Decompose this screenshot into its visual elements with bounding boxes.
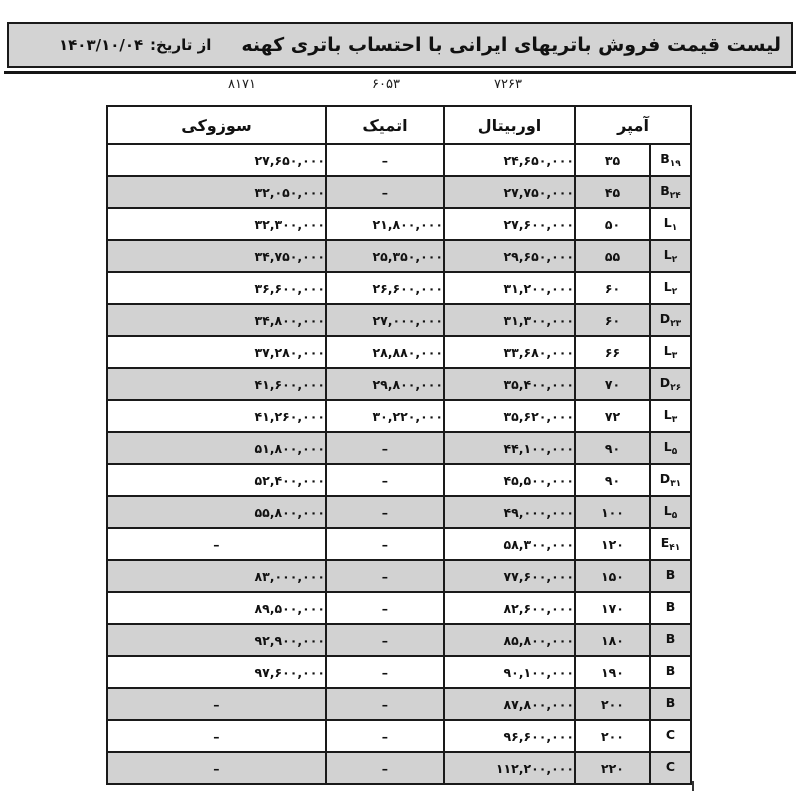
- battery-code-cell: L۵: [650, 496, 691, 528]
- amp-value-cell: ۶۰: [575, 304, 650, 336]
- suzuki-price-cell: –: [107, 528, 326, 560]
- battery-code-letter: L: [664, 503, 672, 518]
- table-row: ۹۲,۹۰۰,۰۰۰ – ۸۵,۸۰۰,۰۰۰ ۱۸۰ B: [107, 624, 691, 656]
- suzuki-price-cell: ۳۲,۰۵۰,۰۰۰: [107, 176, 326, 208]
- orbital-price-cell: ۲۷,۶۰۰,۰۰۰: [444, 208, 575, 240]
- battery-code-letter: B: [660, 183, 670, 198]
- battery-code-letter: C: [666, 727, 675, 742]
- table-row: ۳۷,۲۸۰,۰۰۰ ۲۸,۸۸۰,۰۰۰ ۳۳,۶۸۰,۰۰۰ ۶۶ L۳: [107, 336, 691, 368]
- atomic-price-cell: –: [326, 464, 444, 496]
- table-row: ۳۴,۷۵۰,۰۰۰ ۲۵,۳۵۰,۰۰۰ ۲۹,۶۵۰,۰۰۰ ۵۵ L۲: [107, 240, 691, 272]
- amp-value-cell: ۹۰: [575, 432, 650, 464]
- amp-value-cell: ۵۰: [575, 208, 650, 240]
- table-row: ۲۷,۶۵۰,۰۰۰ – ۲۴,۶۵۰,۰۰۰ ۳۵ B۱۹: [107, 144, 691, 176]
- suzuki-price-cell: ۲۷,۶۵۰,۰۰۰: [107, 144, 326, 176]
- amp-value-cell: ۵۵: [575, 240, 650, 272]
- atomic-price-cell: ۲۷,۰۰۰,۰۰۰: [326, 304, 444, 336]
- amp-value-cell: ۱۰۰: [575, 496, 650, 528]
- atomic-price-cell: ۲۶,۶۰۰,۰۰۰: [326, 272, 444, 304]
- orbital-price-cell: ۸۲,۶۰۰,۰۰۰: [444, 592, 575, 624]
- orbital-price-cell: ۴۹,۰۰۰,۰۰۰: [444, 496, 575, 528]
- amp-value-cell: ۷۲: [575, 400, 650, 432]
- battery-code-letter: B: [666, 663, 676, 678]
- amp-value-cell: ۶۰: [575, 272, 650, 304]
- battery-code-cell: D۲۳: [650, 304, 691, 336]
- amp-value-cell: ۳۵: [575, 144, 650, 176]
- atomic-brand-code: ۶۰۵۳: [341, 77, 431, 95]
- table-row: ۸۹,۵۰۰,۰۰۰ – ۸۲,۶۰۰,۰۰۰ ۱۷۰ B: [107, 592, 691, 624]
- suzuki-price-cell: ۵۵,۸۰۰,۰۰۰: [107, 496, 326, 528]
- amp-value-cell: ۶۶: [575, 336, 650, 368]
- battery-code-letter: L: [664, 279, 672, 294]
- atomic-price-cell: –: [326, 176, 444, 208]
- orbital-price-cell: ۷۷,۶۰۰,۰۰۰: [444, 560, 575, 592]
- battery-code-letter: L: [664, 247, 672, 262]
- battery-code-cell: B: [650, 688, 691, 720]
- orbital-price-cell: ۳۵,۶۲۰,۰۰۰: [444, 400, 575, 432]
- atomic-price-cell: –: [326, 592, 444, 624]
- atomic-price-cell: –: [326, 752, 444, 784]
- amp-value-cell: ۹۰: [575, 464, 650, 496]
- orbital-price-cell: ۳۵,۴۰۰,۰۰۰: [444, 368, 575, 400]
- orbital-brand-code: ۷۲۶۳: [463, 77, 553, 95]
- atomic-price-cell: –: [326, 560, 444, 592]
- suzuki-price-cell: ۳۲,۳۰۰,۰۰۰: [107, 208, 326, 240]
- battery-code-cell: B: [650, 656, 691, 688]
- atomic-price-cell: –: [326, 432, 444, 464]
- table-row: – – ۹۶,۶۰۰,۰۰۰ ۲۰۰ C: [107, 720, 691, 752]
- date-label: از تاریخ:: [150, 36, 211, 54]
- battery-code-cell: L۳: [650, 400, 691, 432]
- col-header-amp: آمپر: [575, 106, 691, 144]
- atomic-price-cell: ۲۱,۸۰۰,۰۰۰: [326, 208, 444, 240]
- table-row: ۳۶,۶۰۰,۰۰۰ ۲۶,۶۰۰,۰۰۰ ۳۱,۲۰۰,۰۰۰ ۶۰ L۲: [107, 272, 691, 304]
- battery-code-subscript: ۱۹: [670, 159, 681, 169]
- suzuki-price-cell: –: [107, 752, 326, 784]
- battery-code-cell: B: [650, 624, 691, 656]
- battery-code-cell: C: [650, 752, 691, 784]
- atomic-price-cell: ۲۵,۳۵۰,۰۰۰: [326, 240, 444, 272]
- amp-value-cell: ۲۰۰: [575, 688, 650, 720]
- amp-value-cell: ۱۲۰: [575, 528, 650, 560]
- battery-code-cell: L۲: [650, 272, 691, 304]
- suzuki-price-cell: ۳۶,۶۰۰,۰۰۰: [107, 272, 326, 304]
- table-row: ۵۲,۴۰۰,۰۰۰ – ۴۵,۵۰۰,۰۰۰ ۹۰ D۳۱: [107, 464, 691, 496]
- table-bottom-tick: [692, 781, 694, 791]
- amp-value-cell: ۷۰: [575, 368, 650, 400]
- battery-code-letter: B: [666, 695, 676, 710]
- battery-code-subscript: ۱: [672, 223, 678, 233]
- battery-code-subscript: ۲۶: [670, 383, 681, 393]
- suzuki-price-cell: ۳۴,۷۵۰,۰۰۰: [107, 240, 326, 272]
- battery-code-subscript: ۲: [672, 255, 678, 265]
- battery-code-letter: E: [661, 535, 670, 550]
- battery-code-subscript: ۲: [672, 287, 678, 297]
- amp-value-cell: ۲۰۰: [575, 720, 650, 752]
- table-row: ۳۴,۸۰۰,۰۰۰ ۲۷,۰۰۰,۰۰۰ ۳۱,۳۰۰,۰۰۰ ۶۰ D۲۳: [107, 304, 691, 336]
- suzuki-price-cell: ۴۱,۶۰۰,۰۰۰: [107, 368, 326, 400]
- suzuki-price-cell: ۹۲,۹۰۰,۰۰۰: [107, 624, 326, 656]
- orbital-price-cell: ۵۸,۳۰۰,۰۰۰: [444, 528, 575, 560]
- amp-value-cell: ۱۷۰: [575, 592, 650, 624]
- orbital-price-cell: ۳۱,۳۰۰,۰۰۰: [444, 304, 575, 336]
- orbital-price-cell: ۸۷,۸۰۰,۰۰۰: [444, 688, 575, 720]
- table-row: ۹۷,۶۰۰,۰۰۰ – ۹۰,۱۰۰,۰۰۰ ۱۹۰ B: [107, 656, 691, 688]
- col-header-atomic: اتمیک: [326, 106, 444, 144]
- suzuki-price-cell: ۹۷,۶۰۰,۰۰۰: [107, 656, 326, 688]
- header-rule: [4, 71, 796, 74]
- battery-code-letter: L: [664, 215, 672, 230]
- battery-code-cell: L۱: [650, 208, 691, 240]
- battery-code-subscript: ۵: [672, 511, 678, 521]
- table-row: ۵۱,۸۰۰,۰۰۰ – ۴۴,۱۰۰,۰۰۰ ۹۰ L۵: [107, 432, 691, 464]
- battery-code-letter: D: [660, 375, 670, 390]
- table-row: ۳۲,۰۵۰,۰۰۰ – ۲۷,۷۵۰,۰۰۰ ۴۵ B۲۴: [107, 176, 691, 208]
- table-header-row: سوزوکی اتمیک اوربیتال آمپر: [107, 106, 691, 144]
- table-row: – – ۸۷,۸۰۰,۰۰۰ ۲۰۰ B: [107, 688, 691, 720]
- amp-value-cell: ۱۵۰: [575, 560, 650, 592]
- col-header-orbital: اوربیتال: [444, 106, 575, 144]
- atomic-price-cell: –: [326, 144, 444, 176]
- battery-code-subscript: ۵: [672, 447, 678, 457]
- battery-code-subscript: ۳: [672, 351, 678, 361]
- battery-code-subscript: ۲۳: [670, 319, 681, 329]
- orbital-price-cell: ۲۹,۶۵۰,۰۰۰: [444, 240, 575, 272]
- title-bar: لیست قیمت فروش باتریهای ایرانی با احتساب…: [7, 22, 793, 68]
- table-row: ۴۱,۶۰۰,۰۰۰ ۲۹,۸۰۰,۰۰۰ ۳۵,۴۰۰,۰۰۰ ۷۰ D۲۶: [107, 368, 691, 400]
- table-row: ۳۲,۳۰۰,۰۰۰ ۲۱,۸۰۰,۰۰۰ ۲۷,۶۰۰,۰۰۰ ۵۰ L۱: [107, 208, 691, 240]
- suzuki-brand-code: ۸۱۷۱: [197, 77, 287, 95]
- suzuki-price-cell: ۵۲,۴۰۰,۰۰۰: [107, 464, 326, 496]
- suzuki-price-cell: ۳۷,۲۸۰,۰۰۰: [107, 336, 326, 368]
- suzuki-price-cell: ۸۳,۰۰۰,۰۰۰: [107, 560, 326, 592]
- amp-value-cell: ۱۸۰: [575, 624, 650, 656]
- battery-code-cell: B: [650, 592, 691, 624]
- battery-code-letter: L: [664, 343, 672, 358]
- atomic-price-cell: –: [326, 656, 444, 688]
- battery-code-subscript: ۳: [672, 415, 678, 425]
- atomic-price-cell: –: [326, 496, 444, 528]
- atomic-price-cell: –: [326, 528, 444, 560]
- atomic-price-cell: –: [326, 624, 444, 656]
- battery-code-cell: E۴۱: [650, 528, 691, 560]
- date-value: ۱۴۰۳/۱۰/۰۴: [59, 36, 143, 54]
- battery-code-cell: D۳۱: [650, 464, 691, 496]
- battery-code-cell: C: [650, 720, 691, 752]
- atomic-price-cell: ۲۸,۸۸۰,۰۰۰: [326, 336, 444, 368]
- suzuki-price-cell: –: [107, 688, 326, 720]
- atomic-price-cell: –: [326, 688, 444, 720]
- table-row: – – ۵۸,۳۰۰,۰۰۰ ۱۲۰ E۴۱: [107, 528, 691, 560]
- table-row: ۸۳,۰۰۰,۰۰۰ – ۷۷,۶۰۰,۰۰۰ ۱۵۰ B: [107, 560, 691, 592]
- orbital-price-cell: ۹۶,۶۰۰,۰۰۰: [444, 720, 575, 752]
- suzuki-price-cell: ۳۴,۸۰۰,۰۰۰: [107, 304, 326, 336]
- orbital-price-cell: ۱۱۲,۲۰۰,۰۰۰: [444, 752, 575, 784]
- orbital-price-cell: ۲۴,۶۵۰,۰۰۰: [444, 144, 575, 176]
- orbital-price-cell: ۲۷,۷۵۰,۰۰۰: [444, 176, 575, 208]
- battery-code-letter: B: [660, 151, 670, 166]
- atomic-price-cell: ۲۹,۸۰۰,۰۰۰: [326, 368, 444, 400]
- price-table: سوزوکی اتمیک اوربیتال آمپر ۲۷,۶۵۰,۰۰۰ – …: [106, 105, 692, 785]
- orbital-price-cell: ۴۴,۱۰۰,۰۰۰: [444, 432, 575, 464]
- battery-code-cell: L۳: [650, 336, 691, 368]
- amp-value-cell: ۱۹۰: [575, 656, 650, 688]
- battery-code-cell: B: [650, 560, 691, 592]
- battery-code-subscript: ۲۴: [670, 191, 681, 201]
- battery-code-letter: B: [666, 567, 676, 582]
- table-row: – – ۱۱۲,۲۰۰,۰۰۰ ۲۲۰ C: [107, 752, 691, 784]
- battery-code-cell: L۵: [650, 432, 691, 464]
- price-table-wrap: سوزوکی اتمیک اوربیتال آمپر ۲۷,۶۵۰,۰۰۰ – …: [106, 105, 692, 785]
- battery-code-letter: D: [660, 311, 670, 326]
- battery-code-cell: D۲۶: [650, 368, 691, 400]
- battery-code-cell: B۱۹: [650, 144, 691, 176]
- suzuki-price-cell: –: [107, 720, 326, 752]
- orbital-price-cell: ۴۵,۵۰۰,۰۰۰: [444, 464, 575, 496]
- table-row: ۴۱,۲۶۰,۰۰۰ ۳۰,۲۲۰,۰۰۰ ۳۵,۶۲۰,۰۰۰ ۷۲ L۳: [107, 400, 691, 432]
- atomic-price-cell: ۳۰,۲۲۰,۰۰۰: [326, 400, 444, 432]
- atomic-price-cell: –: [326, 720, 444, 752]
- page-title: لیست قیمت فروش باتریهای ایرانی با احتساب…: [241, 34, 781, 56]
- battery-code-letter: C: [666, 759, 675, 774]
- battery-code-letter: L: [664, 439, 672, 454]
- table-row: ۵۵,۸۰۰,۰۰۰ – ۴۹,۰۰۰,۰۰۰ ۱۰۰ L۵: [107, 496, 691, 528]
- amp-value-cell: ۲۲۰: [575, 752, 650, 784]
- orbital-price-cell: ۳۱,۲۰۰,۰۰۰: [444, 272, 575, 304]
- amp-value-cell: ۴۵: [575, 176, 650, 208]
- battery-code-letter: B: [666, 631, 676, 646]
- price-table-body: ۲۷,۶۵۰,۰۰۰ – ۲۴,۶۵۰,۰۰۰ ۳۵ B۱۹ ۳۲,۰۵۰,۰۰…: [107, 144, 691, 784]
- orbital-price-cell: ۹۰,۱۰۰,۰۰۰: [444, 656, 575, 688]
- suzuki-price-cell: ۸۹,۵۰۰,۰۰۰: [107, 592, 326, 624]
- orbital-price-cell: ۸۵,۸۰۰,۰۰۰: [444, 624, 575, 656]
- battery-code-cell: B۲۴: [650, 176, 691, 208]
- battery-code-letter: D: [660, 471, 670, 486]
- col-header-suzuki: سوزوکی: [107, 106, 326, 144]
- battery-code-cell: L۲: [650, 240, 691, 272]
- suzuki-price-cell: ۵۱,۸۰۰,۰۰۰: [107, 432, 326, 464]
- battery-code-subscript: ۴۱: [669, 543, 680, 553]
- orbital-price-cell: ۳۳,۶۸۰,۰۰۰: [444, 336, 575, 368]
- battery-code-letter: B: [666, 599, 676, 614]
- suzuki-price-cell: ۴۱,۲۶۰,۰۰۰: [107, 400, 326, 432]
- battery-code-subscript: ۳۱: [670, 479, 681, 489]
- battery-code-letter: L: [664, 407, 672, 422]
